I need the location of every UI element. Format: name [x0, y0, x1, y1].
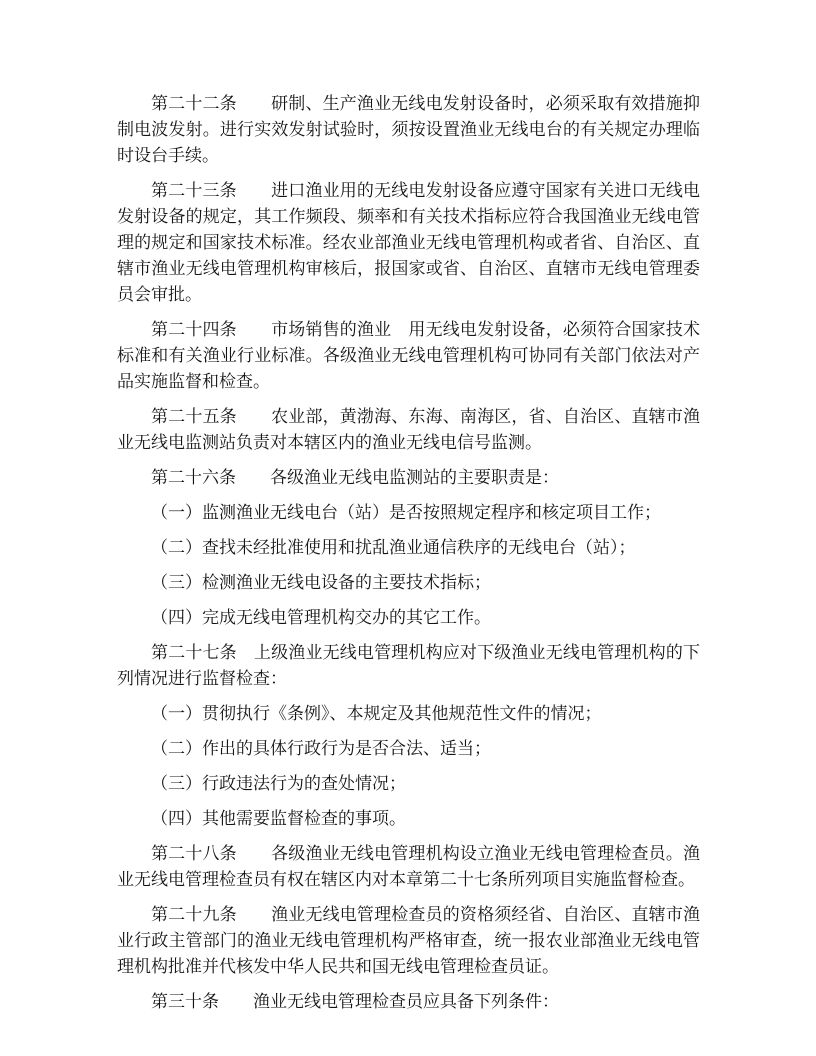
article-27-list-item-1: （一）贯彻执行《条例》、本规定及其他规范性文件的情况；: [117, 701, 700, 727]
paragraph-article-24: 第二十四条 市场销售的渔业 用无线电发射设备，必须符合国家技术标准和有关渔业行业…: [117, 317, 700, 395]
article-27-list-item-2: （二）作出的具体行政行为是否合法、适当；: [117, 736, 700, 762]
paragraph-article-22: 第二十二条 研制、生产渔业无线电发射设备时，必须采取有效措施抑制电波发射。进行实…: [117, 91, 700, 169]
article-26-list-item-3: （三）检测渔业无线电设备的主要技术指标；: [117, 570, 700, 596]
paragraph-article-27: 第二十七条 上级渔业无线电管理机构应对下级渔业无线电管理机构的下列情况进行监督检…: [117, 640, 700, 692]
paragraph-article-30: 第三十条 渔业无线电管理检查员应具备下列条件：: [117, 989, 700, 1015]
paragraph-article-23: 第二十三条 进口渔业用的无线电发射设备应遵守国家有关进口无线电发射设备的规定，其…: [117, 178, 700, 308]
article-26-list-item-4: （四）完成无线电管理机构交办的其它工作。: [117, 605, 700, 631]
paragraph-article-26: 第二十六条 各级渔业无线电监测站的主要职责是：: [117, 465, 700, 491]
paragraph-article-28: 第二十八条 各级渔业无线电管理机构设立渔业无线电管理检查员。渔业无线电管理检查员…: [117, 841, 700, 893]
paragraph-article-29: 第二十九条 渔业无线电管理检查员的资格须经省、自治区、直辖市渔业行政主管部门的渔…: [117, 902, 700, 980]
document-page: 第二十二条 研制、生产渔业无线电发射设备时，必须采取有效措施抑制电波发射。进行实…: [0, 0, 816, 1056]
paragraph-article-25: 第二十五条 农业部，黄渤海、东海、南海区，省、自治区、直辖市渔业无线电监测站负责…: [117, 404, 700, 456]
article-27-list-item-4: （四）其他需要监督检查的事项。: [117, 806, 700, 832]
article-27-list-item-3: （三）行政违法行为的查处情况；: [117, 771, 700, 797]
article-26-list-item-2: （二）查找未经批准使用和扰乱渔业通信秩序的无线电台（站）；: [117, 535, 700, 561]
article-26-list-item-1: （一）监测渔业无线电台（站）是否按照规定程序和核定项目工作；: [117, 500, 700, 526]
